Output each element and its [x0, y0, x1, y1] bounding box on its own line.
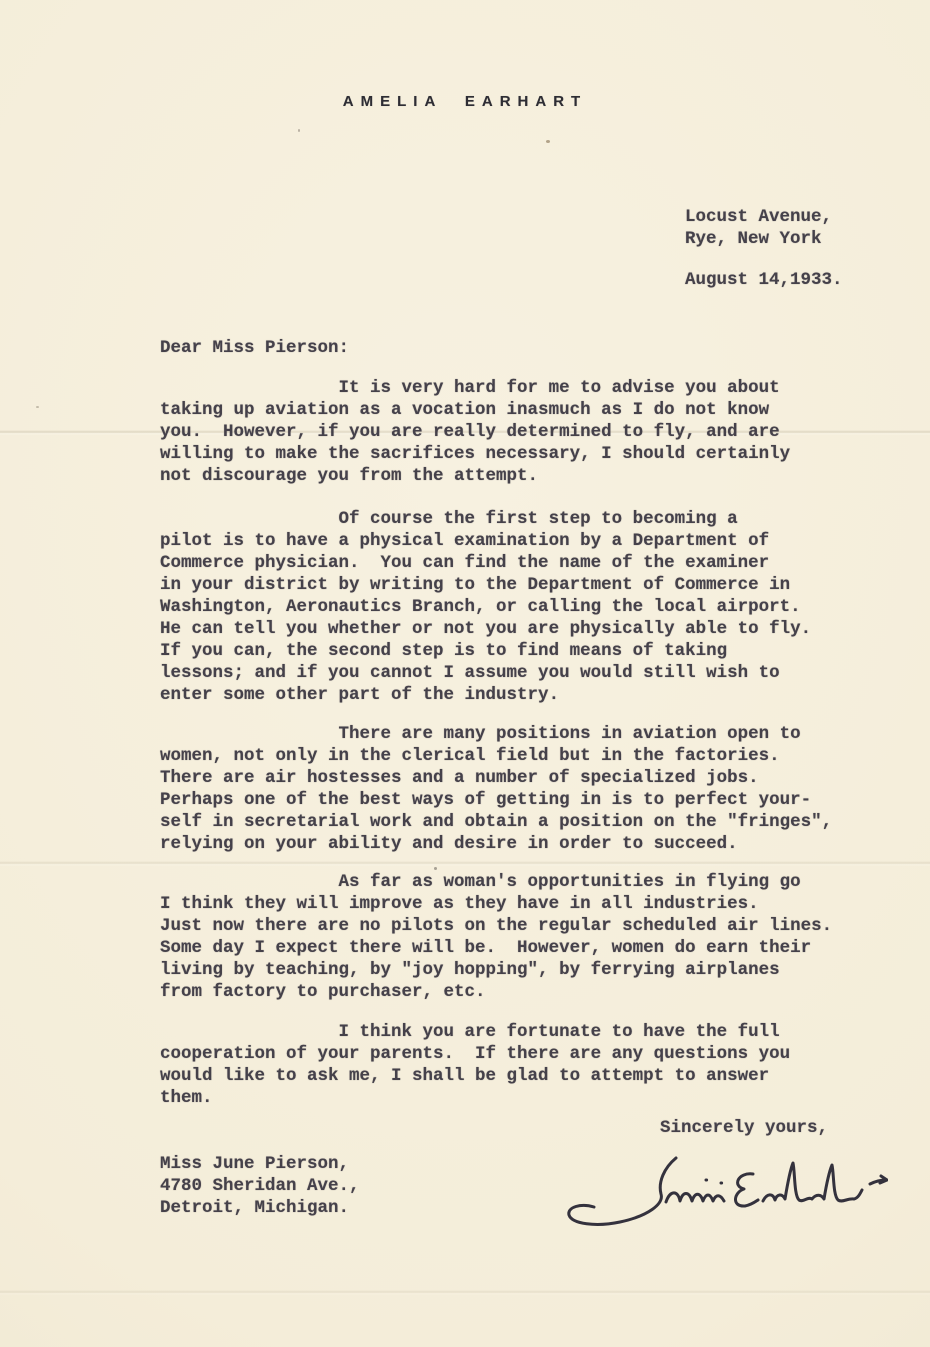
closing: Sincerely yours,: [660, 1117, 828, 1139]
fold-crease: [0, 861, 930, 866]
sender-address: Locust Avenue, Rye, New York: [685, 206, 832, 250]
paper-speck: [434, 867, 437, 870]
paragraph-5: I think you are fortunate to have the fu…: [160, 1021, 790, 1109]
paragraph-3: There are many positions in aviation ope…: [160, 723, 832, 855]
recipient-address: Miss June Pierson, 4780 Sheridan Ave., D…: [160, 1153, 360, 1219]
paper-speck: [298, 129, 300, 132]
paper-speck: [36, 406, 39, 408]
paragraph-2: Of course the first step to becoming a p…: [160, 508, 811, 706]
paper-speck: [546, 140, 550, 143]
salutation: Dear Miss Pierson:: [160, 337, 349, 359]
fold-crease: [0, 1290, 930, 1295]
signature-stroke: [569, 1158, 887, 1224]
paragraph-4: As far as woman's opportunities in flyin…: [160, 871, 832, 1003]
letterhead: AMELIA EARHART: [0, 93, 930, 110]
date-line: August 14,1933.: [685, 269, 843, 291]
letter-page: AMELIA EARHART Locust Avenue, Rye, New Y…: [0, 0, 930, 1347]
paragraph-1: It is very hard for me to advise you abo…: [160, 377, 790, 487]
signature-amelia-earhart: [548, 1150, 888, 1245]
